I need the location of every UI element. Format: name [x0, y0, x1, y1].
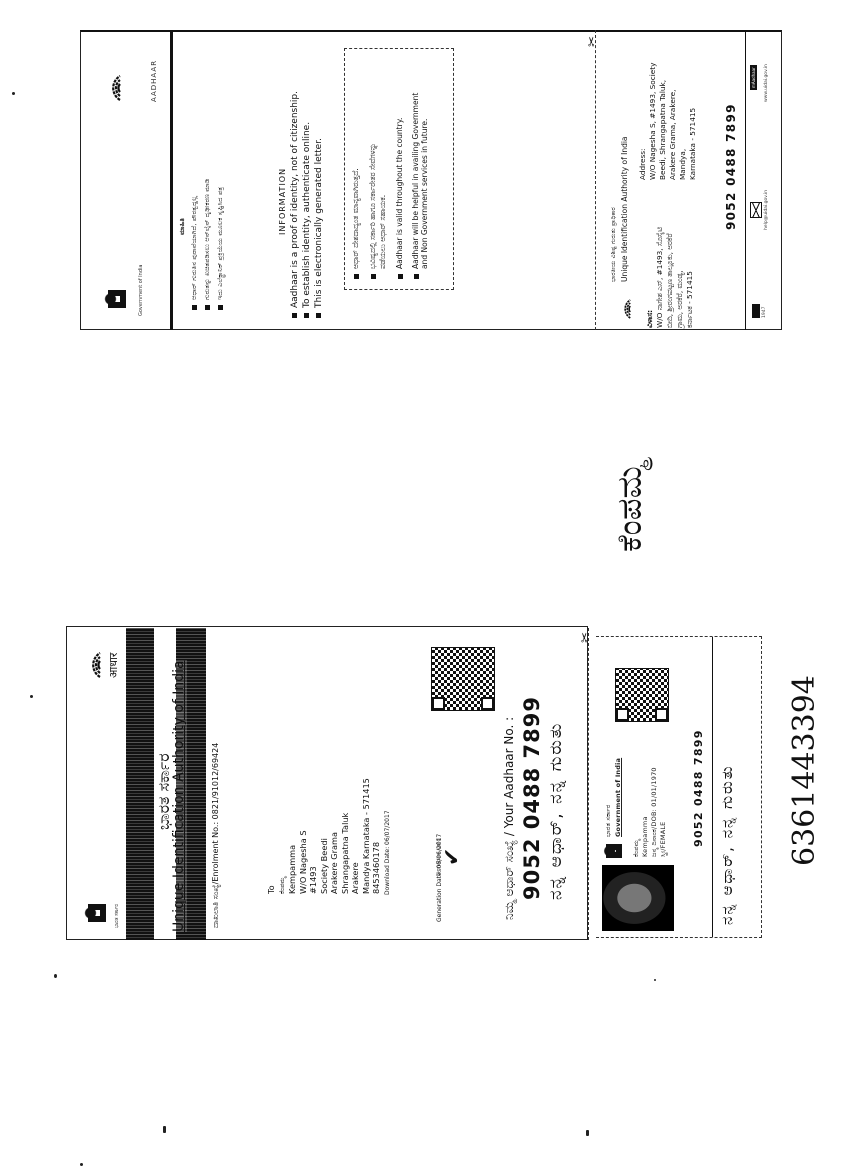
scan-speck [54, 974, 57, 978]
stub-qr-code [616, 669, 668, 721]
stub-name: Kempamma [641, 816, 649, 857]
scissors-icon: ✂ [585, 36, 600, 47]
cut-here-line [595, 30, 596, 330]
address-kannada-line: ಕರ್ನಾಟಕ - 571415 [685, 227, 695, 328]
bullet-icon [192, 305, 197, 310]
scan-speck [586, 1130, 589, 1136]
box-item-continued: ಪಡೆಯಲು ಆಧಾರ್ ಸಹಾಯಕ. [378, 93, 388, 269]
information-item: This is electronically generated letter. [314, 91, 324, 318]
to-label: To [266, 778, 277, 894]
qr-code [432, 648, 494, 710]
kannada-info-item: ಇದು ಎಲೆಕ್ಟ್ರಾನಿಕ್ ಪ್ರಕ್ರಿಯೆಯ ಮೂಲಕ ಸೃಷ್ಟಿ… [216, 179, 225, 310]
header-english: Unique Identification Authority of India [171, 660, 187, 932]
your-aadhaar-label: ನಿಮ್ಮ ಆಧಾರ್ ಸಂಖ್ಯೆ / Your Aadhaar No. : [502, 717, 517, 920]
address-kannada: ವಿಳಾಸ: W/O ನಾಗೇಶ ಎಸ್, #1493, ಸೊಸೈಟಿ ಬೀದಿ… [645, 227, 695, 328]
scan-speck [163, 1126, 166, 1133]
address-line: Mandya, [678, 63, 688, 180]
information-heading: INFORMATION [278, 168, 287, 235]
aadhaar-fingerprint-logo-icon [94, 68, 124, 108]
address-label: Address: [638, 63, 648, 180]
address-kannada-line: W/O ನಾಗೇಶ ಎಸ್, #1493, ಸೊಸೈಟಿ [655, 227, 665, 328]
validity-info-box: ಆಧಾರ್ ದೇಶದಾದ್ಯಂತ ಮಾನ್ಯವಾಗಿರುತ್ತದೆ. ಭವಿಷ್… [344, 48, 454, 290]
scan-speck [12, 92, 15, 95]
kannada-info-list: ಆಧಾರ್ ಗುರುತಿನ ಪುರಾವೆಯಾಗಿದೆ, ಪೌರತ್ವದ್ದಲ್ಲ… [190, 179, 225, 310]
scan-speck [30, 695, 33, 698]
information-list: Aadhaar is a proof of identity, not of c… [290, 91, 324, 318]
aadhaar-stub-card: ಭಾರತ ಸರ್ಕಾರ Government of India ಕೆಂಪಮ್ಮ … [596, 636, 762, 938]
uidai-kannada: ಭಾರತೀಯ ವಿಶಿಷ್ಟ ಗುರುತು ಪ್ರಾಧಿಕಾರ [610, 207, 618, 282]
scan-speck [80, 1163, 83, 1166]
national-emblem-icon [100, 286, 130, 312]
stub-name-kannada: ಕೆಂಪಮ್ಮ [632, 839, 641, 857]
stub-gender: ಸ್ತ್ರೀ/FEMALE [659, 822, 668, 858]
box-item: Aadhaar will be helpful in availing Gove… [411, 93, 420, 279]
scan-speck [654, 979, 656, 981]
govt-label: Government of India [138, 265, 144, 316]
kannada-info-item: ಗುರುತನ್ನು ಖಚಿತಪಡಿಸಲು ಆನ್‌ಲೈನ್ ದೃಢೀಕರಣ ಮಾ… [203, 179, 212, 310]
handwritten-signature: ಕೆಂಪಮ್ಮ [612, 462, 648, 552]
recipient-line: #1493 [308, 778, 319, 894]
stub-govt-kannada: ಭಾರತ ಸರ್ಕಾರ [604, 804, 613, 837]
bullet-icon [316, 313, 321, 318]
aadhaar-letter-card: ಭಾರತ ಸರ್ಕಾರ आधार ಭಾರತ ಸರ್ಕಾರ Unique Iden… [66, 628, 776, 940]
help-email: help@uidai.gov.in [764, 190, 769, 230]
address-kannada-line: ಬೀದಿ, ಶ್ರೀರಂಗಪಟ್ಟಣ ತಾಲ್ಲೂಕು, ಅರಕೆರೆ [665, 227, 675, 328]
download-date: Download Date: 06/07/2017 [384, 810, 391, 895]
aadhaar-fingerprint-logo-icon [610, 294, 634, 324]
bullet-icon [371, 274, 376, 279]
digital-signature: Signature valid ✔ [436, 834, 466, 876]
box-item: ಆಧಾರ್ ದೇಶದಾದ್ಯಂತ ಮಾನ್ಯವಾಗಿರುತ್ತದೆ. [351, 93, 361, 279]
handwritten-phone-number: 6361443394 [788, 675, 822, 866]
uidai-website: www.uidai.gov.in [764, 64, 769, 102]
national-emblem-icon [602, 841, 624, 861]
box-item: Aadhaar is valid throughout the country. [395, 93, 404, 279]
recipient-address: To ಕೆಂಪಮ್ಮ Kempamma W/O Nagesha S #1493 … [266, 778, 382, 894]
bullet-icon [354, 274, 359, 279]
aadhaar-fingerprint-logo-icon [74, 645, 104, 685]
helpline-number: 1947 [762, 307, 767, 318]
stub-govt-english: Government of India [614, 758, 622, 837]
box-item-continued: and Non Government services in future. [420, 93, 429, 269]
address-line: W/O Nagesha S, #1493, Society [648, 63, 658, 180]
govt-label: ಭಾರತ ಸರ್ಕಾರ [114, 904, 120, 928]
stub-aadhaar-number: 9052 0488 7899 [692, 729, 705, 847]
address-line: Karnataka - 571415 [688, 63, 698, 180]
photo [602, 865, 674, 931]
bullet-icon [218, 305, 223, 310]
uidai-english: Unique Identification Authority of India [620, 136, 629, 282]
address-line: Arakere Grama, Arakere, [668, 63, 678, 180]
address-line: Beedi, Shrangapatna Taluk, [658, 63, 668, 180]
footer-divider [745, 30, 746, 330]
header-divider [170, 30, 173, 330]
recipient-line: Arakere Grama [329, 778, 340, 894]
recipient-line: Mandya Karnataka - 571415 [361, 778, 372, 894]
recipient-phone: 8453460178 [371, 778, 382, 894]
enrolment-number: ದಾಖಲಾತಿ ಸಂಖ್ಯೆ/Enrolment No.: 0821/91012… [211, 743, 221, 928]
information-item: To establish identity, authenticate onli… [302, 91, 312, 318]
aadhaar-logo-text: आधार [106, 653, 121, 678]
aadhaar-info-card: Government of India AADHAAR ಮಾಹಿತಿ ಆಧಾರ್… [80, 30, 782, 330]
address-english: Address: W/O Nagesha S, #1493, Society B… [638, 63, 698, 180]
bullet-icon [304, 313, 309, 318]
stub-tagline-kannada: ನನ್ನ ಆಧಾರ್, ನನ್ನ ಗುರುತು [718, 765, 736, 925]
recipient-line: W/O Nagesha S [298, 778, 309, 894]
scissors-icon: ✂ [578, 632, 593, 643]
kannada-info-item: ಆಧಾರ್ ಗುರುತಿನ ಪುರಾವೆಯಾಗಿದೆ, ಪೌರತ್ವದ್ದಲ್ಲ [190, 179, 199, 310]
checkmark-icon: ✔ [442, 848, 464, 866]
aadhaar-logo-text: AADHAAR [150, 60, 158, 102]
tagline-kannada: ನನ್ನ ಆಧಾರ್, ನನ್ನ ಗುರುತು [546, 722, 566, 900]
recipient-line: Shrangapatna Taluk [340, 778, 351, 894]
stub-divider [712, 637, 713, 937]
bullet-icon [292, 313, 297, 318]
aadhaar-number: 9052 0488 7899 [724, 103, 738, 230]
stub-dob: ಜನ್ಮ ದಿನಾಂಕ/DOB: 01/01/1970 [650, 767, 659, 857]
address-kannada-label: ವಿಳಾಸ: [645, 227, 655, 328]
kannada-info-heading: ಮಾಹಿತಿ [178, 218, 187, 235]
bullet-icon [414, 274, 419, 279]
bullet-icon [205, 305, 210, 310]
email-icon [750, 202, 762, 218]
recipient-line: Society Beedi [319, 778, 330, 894]
recipient-line: Arakere [350, 778, 361, 894]
national-emblem-icon [80, 900, 110, 926]
recipient-line: Kempamma [287, 778, 298, 894]
helpline-icon [752, 304, 760, 318]
header-band-top [126, 628, 154, 940]
box-item: ಭವಿಷ್ಯದಲ್ಲಿ ಸರ್ಕಾರಿ ಹಾಗೂ ಸರ್ಕಾರೇತರ ಸೇವೆಗ… [368, 93, 378, 279]
aadhaar-number: 9052 0488 7899 [520, 696, 544, 900]
recipient-kannada-name: ಕೆಂಪಮ್ಮ [277, 778, 288, 894]
cut-here-line [588, 628, 589, 940]
maadhaar-badge: mAadhaar [750, 65, 757, 90]
bullet-icon [398, 274, 403, 279]
address-kannada-line: ಗ್ರಾಮ, ಅರಕೆರೆ, ಮಂಡ್ಯ, [675, 227, 685, 328]
information-item: Aadhaar is a proof of identity, not of c… [290, 91, 300, 318]
